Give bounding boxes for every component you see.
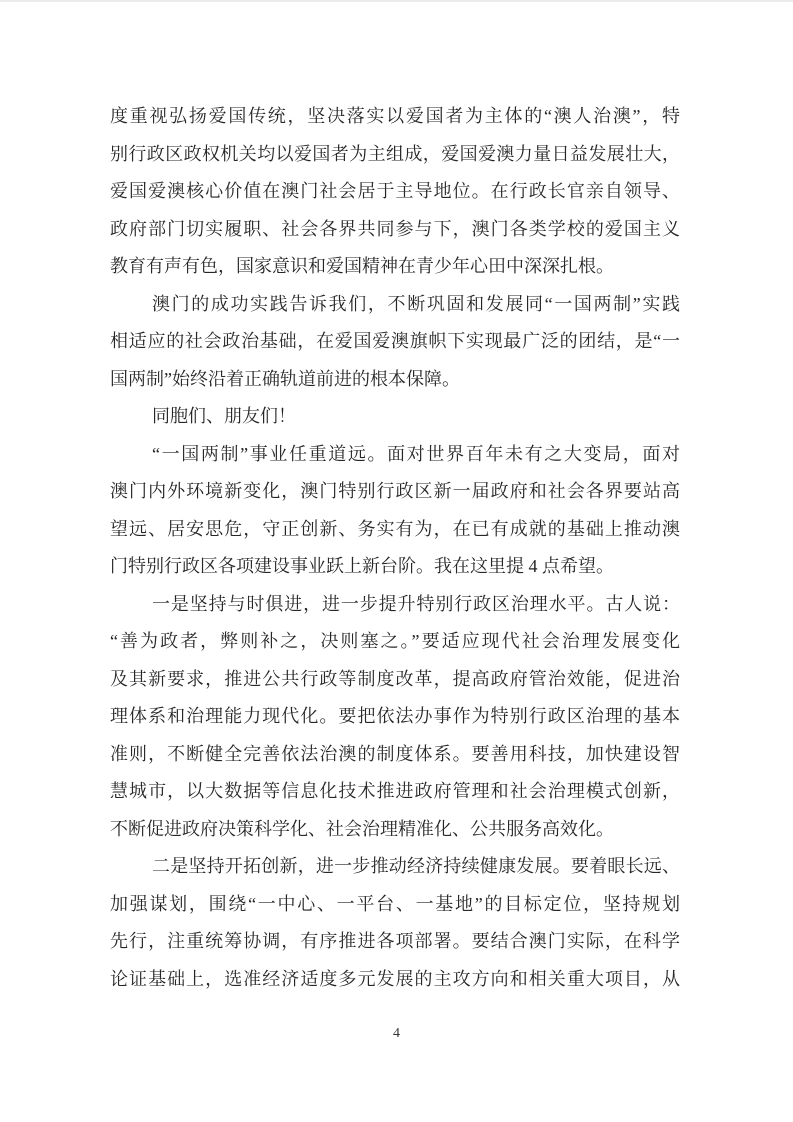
text-block: 度重视弘扬爱国传统，坚决落实以爱国者为主体的“澳人治澳”，特别行政区政权机关均以… xyxy=(110,98,680,998)
scan-edge-line xyxy=(0,0,793,2)
text-line: 度重视弘扬爱国传统，坚决落实以爱国者为主体的“澳人治澳”，特 xyxy=(110,98,680,136)
text-line: 爱国爱澳核心价值在澳门社会居于主导地位。在行政长官亲自领导、 xyxy=(110,173,680,211)
text-line: 澳门的成功实践告诉我们，不断巩固和发展同“一国两制”实践 xyxy=(110,286,680,324)
text-line: 不断促进政府决策科学化、社会治理精准化、公共服务高效化。 xyxy=(110,811,680,849)
text-line: 别行政区政权机关均以爱国者为主组成，爱国爱澳力量日益发展壮大， xyxy=(110,136,680,174)
page-footer: 4 xyxy=(0,1024,793,1044)
text-line: “善为政者，弊则补之，决则塞之。”要适应现代社会治理发展变化 xyxy=(110,623,680,661)
text-line: 教育有声有色，国家意识和爱国精神在青少年心田中深深扎根。 xyxy=(110,248,680,286)
text-line: 澳门内外环境新变化，澳门特别行政区新一届政府和社会各界要站高 xyxy=(110,473,680,511)
text-line: 先行，注重统筹协调，有序推进各项部署。要结合澳门实际，在科学 xyxy=(110,923,680,961)
text-line: 准则，不断健全完善依法治澳的制度体系。要善用科技，加快建设智 xyxy=(110,736,680,774)
text-line: 同胞们、朋友们！ xyxy=(110,398,680,436)
text-line: 理体系和治理能力现代化。要把依法办事作为特别行政区治理的基本 xyxy=(110,698,680,736)
text-line: 望远、居安思危，守正创新、务实有为，在已有成就的基础上推动澳 xyxy=(110,511,680,549)
text-line: 加强谋划，围绕“一中心、一平台、一基地”的目标定位，坚持规划 xyxy=(110,886,680,924)
text-line: 论证基础上，选准经济适度多元发展的主攻方向和相关重大项目，从 xyxy=(110,961,680,999)
text-line: 一是坚持与时俱进，进一步提升特别行政区治理水平。古人说： xyxy=(110,586,680,624)
text-line: 政府部门切实履职、社会各界共同参与下，澳门各类学校的爱国主义 xyxy=(110,211,680,249)
page-number: 4 xyxy=(393,1026,400,1041)
text-line: 门特别行政区各项建设事业跃上新台阶。我在这里提 4 点希望。 xyxy=(110,548,680,586)
text-line: “一国两制”事业任重道远。面对世界百年未有之大变局，面对 xyxy=(110,436,680,474)
text-line: 慧城市，以大数据等信息化技术推进政府管理和社会治理模式创新， xyxy=(110,773,680,811)
text-line: 国两制”始终沿着正确轨道前进的根本保障。 xyxy=(110,361,680,399)
text-line: 及其新要求，推进公共行政等制度改革，提高政府管治效能，促进治 xyxy=(110,661,680,699)
text-line: 相适应的社会政治基础，在爱国爱澳旗帜下实现最广泛的团结，是“一 xyxy=(110,323,680,361)
text-line: 二是坚持开拓创新，进一步推动经济持续健康发展。要着眼长远、 xyxy=(110,848,680,886)
